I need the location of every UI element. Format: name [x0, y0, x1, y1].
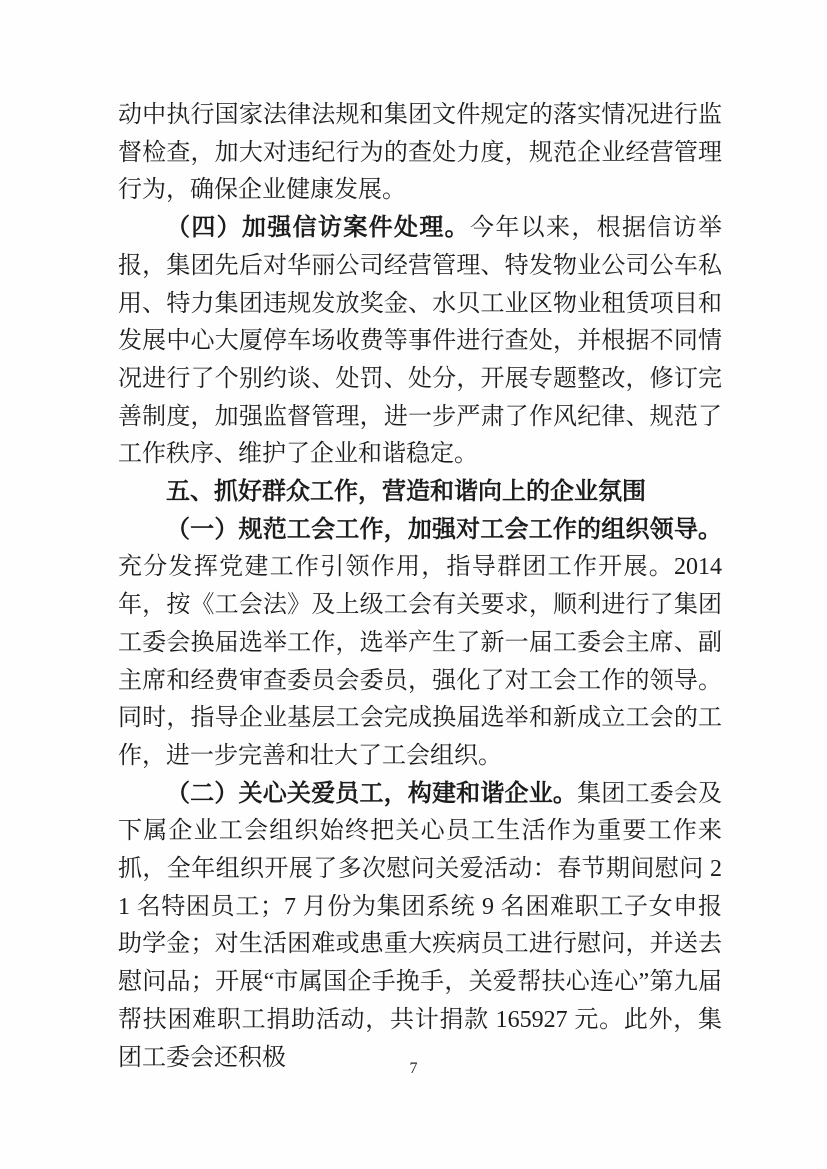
paragraph-text: 动中执行国家法律法规和集团文件规定的落实情况进行监督检查，加大对违纪行为的查处力… — [118, 102, 722, 203]
paragraph-subsection-1: （一）规范工会工作，加强对工会工作的组织领导。充分发挥党建工作引领作用，指导群团… — [118, 512, 722, 776]
paragraph-continuation: 动中执行国家法律法规和集团文件规定的落实情况进行监督检查，加大对违纪行为的查处力… — [118, 97, 722, 210]
paragraph-lead: （二）关心关爱员工，构建和谐企业。 — [166, 781, 577, 807]
page-footer: 7 — [0, 1060, 827, 1078]
paragraph-text: 今年以来，根据信访举报，集团先后对华丽公司经营管理、特发物业公司公车私用、特力集… — [118, 215, 722, 467]
paragraph-section-4: （四）加强信访案件处理。今年以来，根据信访举报，集团先后对华丽公司经营管理、特发… — [118, 210, 722, 474]
document-page: 动中执行国家法律法规和集团文件规定的落实情况进行监督检查，加大对违纪行为的查处力… — [0, 0, 827, 1169]
section-heading-5: 五、抓好群众工作，营造和谐向上的企业氛围 — [118, 474, 722, 512]
paragraph-subsection-2: （二）关心关爱员工，构建和谐企业。集团工委会及下属企业工会组织始终把关心员工生活… — [118, 776, 722, 1078]
paragraph-text: 充分发挥党建工作引领作用，指导群团工作开展。2014 年，按《工会法》及上级工会… — [118, 554, 722, 769]
document-body: 动中执行国家法律法规和集团文件规定的落实情况进行监督检查，加大对违纪行为的查处力… — [118, 97, 722, 1077]
paragraph-lead: （四）加强信访案件处理。 — [166, 215, 470, 241]
paragraph-text: 集团工委会及下属企业工会组织始终把关心员工生活作为重要工作来抓，全年组织开展了多… — [118, 781, 722, 1071]
page-number: 7 — [410, 1060, 418, 1077]
heading-text: 五、抓好群众工作，营造和谐向上的企业氛围 — [166, 479, 646, 505]
paragraph-lead: （一）规范工会工作，加强对工会工作的组织领导。 — [166, 517, 722, 543]
